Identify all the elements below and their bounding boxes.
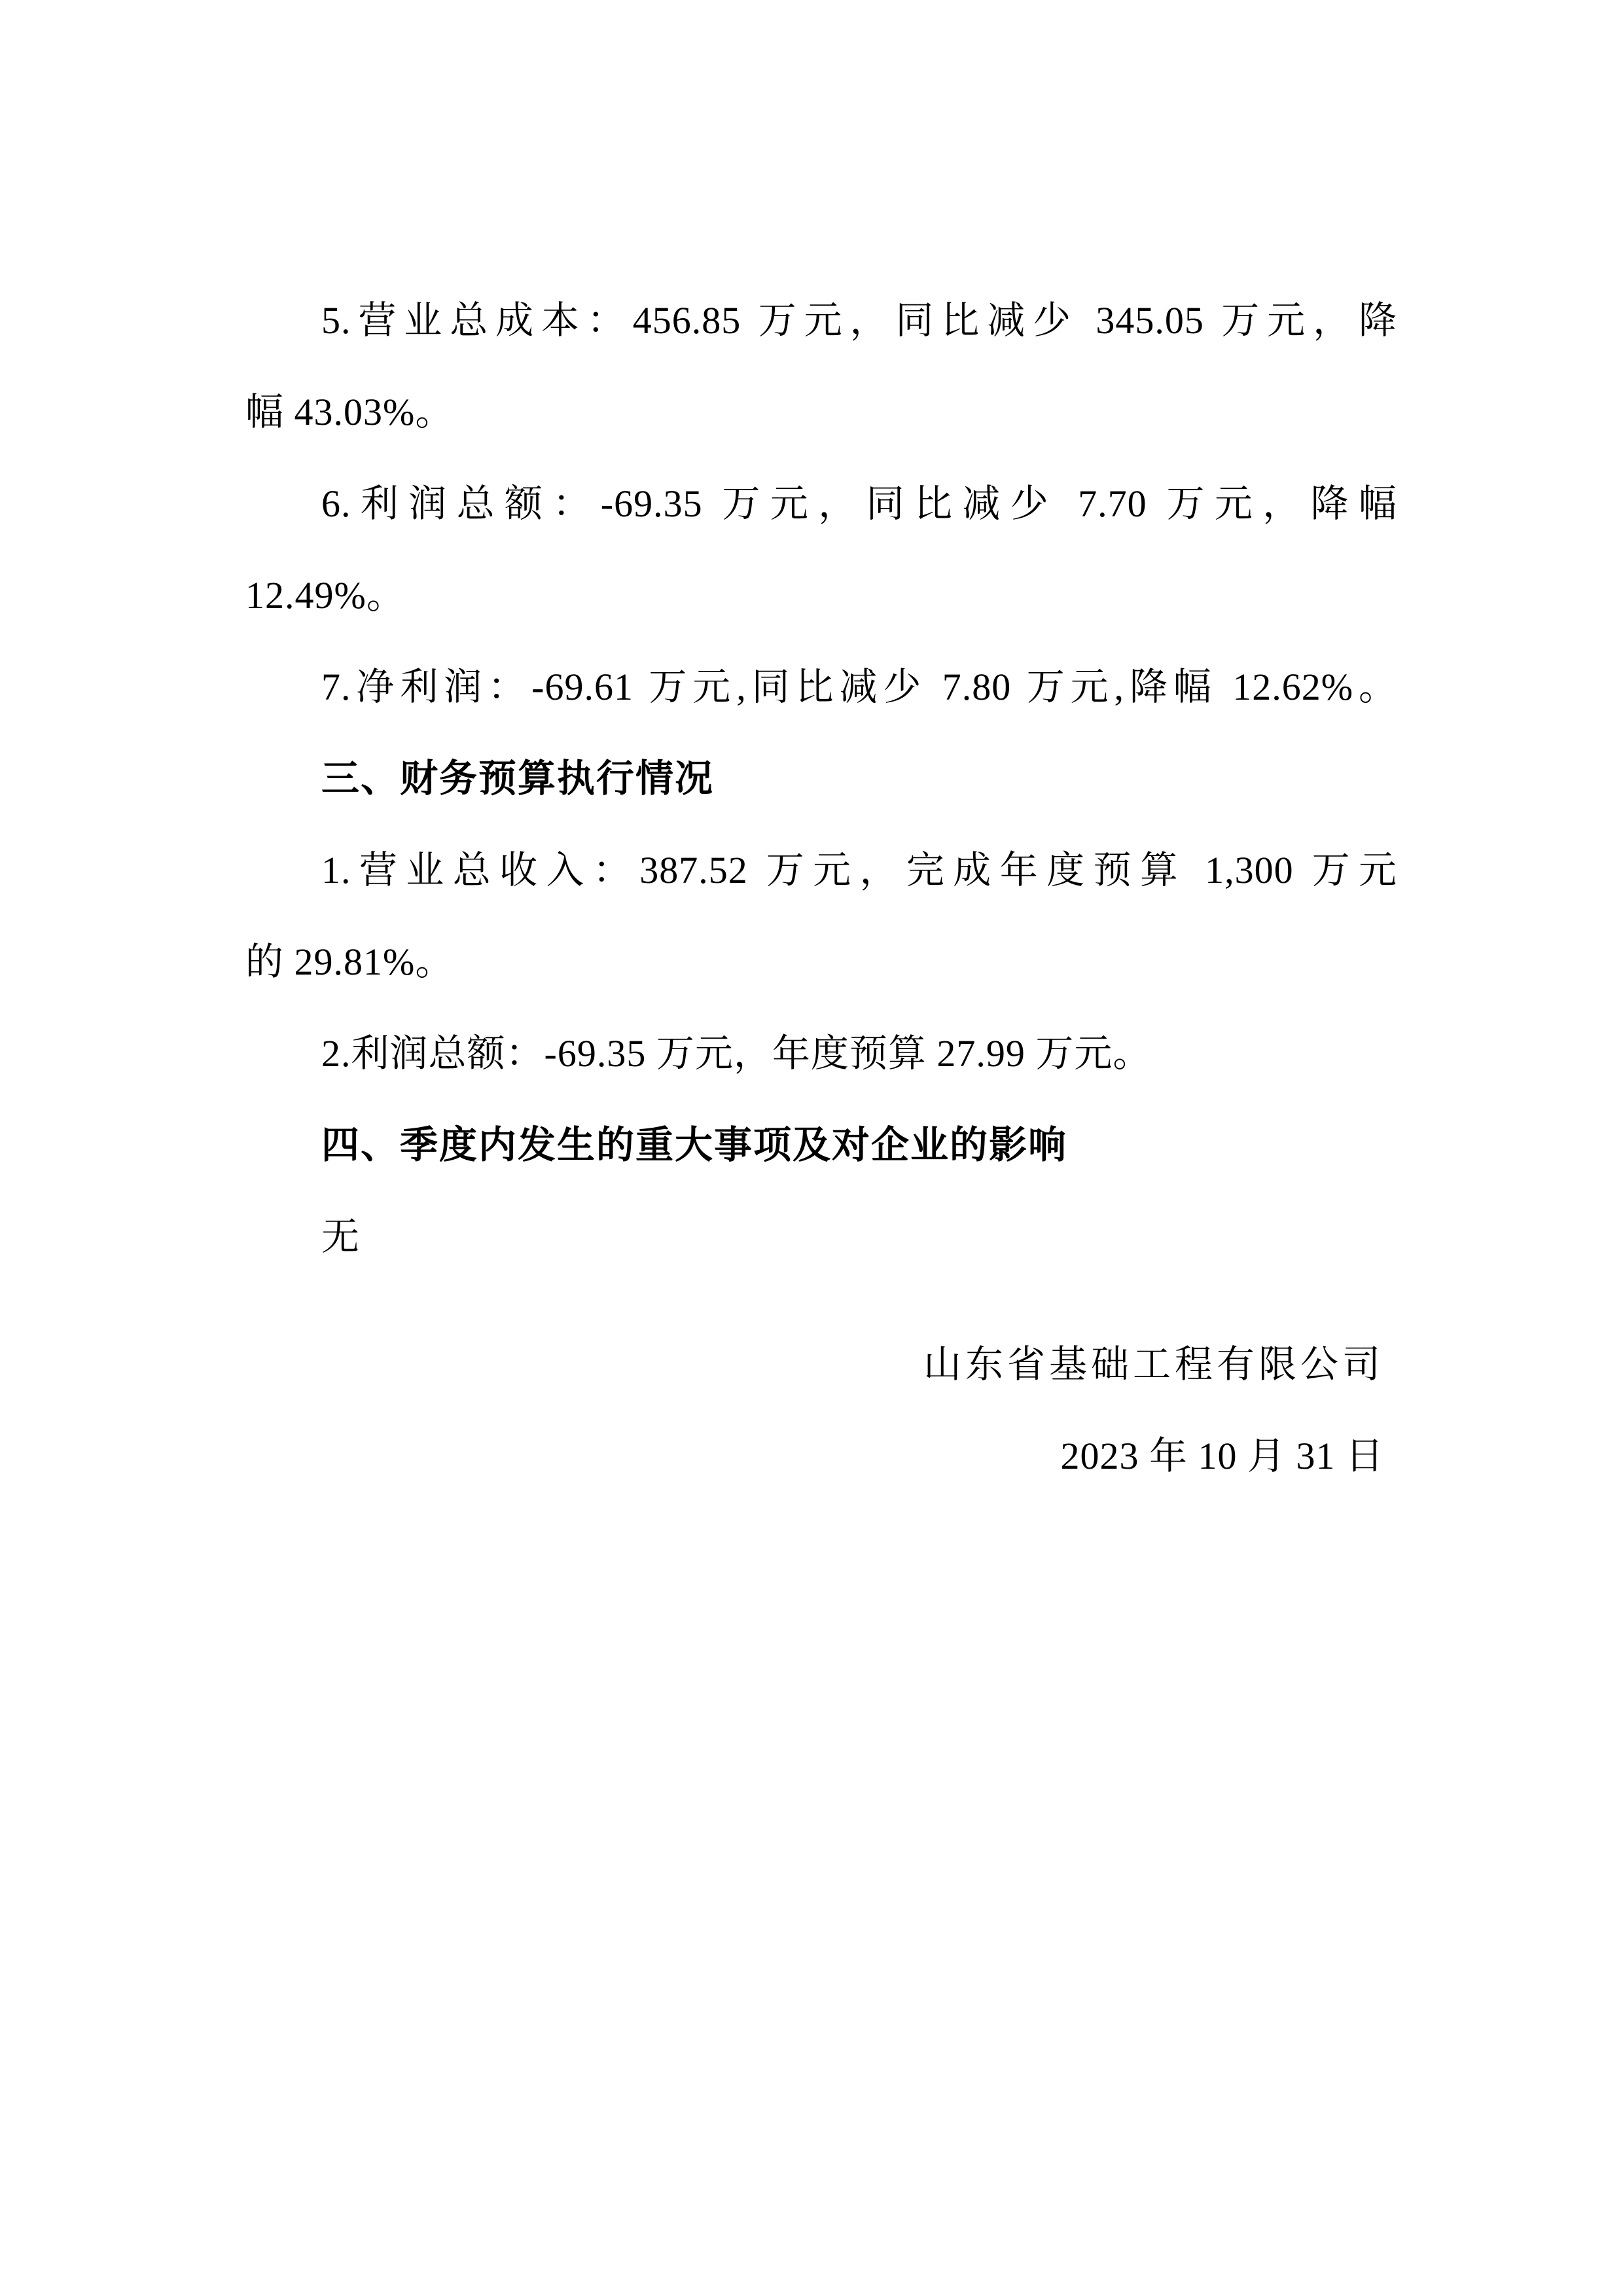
document-content: 5.营业总成本：456.85 万元，同比减少 345.05 万元，降幅 43.0… (0, 0, 1623, 1502)
page: 5.营业总成本：456.85 万元，同比减少 345.05 万元，降幅 43.0… (0, 0, 1623, 2296)
budget-item-1-line-1: 1.营业总收入：387.52 万元，完成年度预算 1,300 万元 (245, 825, 1397, 916)
budget-item-2: 2.利润总额：-69.35 万元，年度预算 27.99 万元。 (245, 1008, 1397, 1100)
item-7: 7.净利润：-69.61 万元,同比减少 7.80 万元,降幅 12.62%。 (245, 641, 1397, 733)
document-body: 5.营业总成本：456.85 万元，同比减少 345.05 万元，降幅 43.0… (245, 275, 1397, 1283)
item-6-line-1: 6.利润总额：-69.35 万元，同比减少 7.70 万元，降幅 (245, 458, 1397, 550)
signature-company: 山东省基础工程有限公司 (245, 1319, 1384, 1410)
section-4-heading: 四、季度内发生的重大事项及对企业的影响 (245, 1100, 1397, 1191)
signature-date: 2023 年 10 月 31 日 (245, 1410, 1384, 1502)
section-3-heading: 三、财务预算执行情况 (245, 733, 1397, 825)
signature-block: 山东省基础工程有限公司 2023 年 10 月 31 日 (245, 1319, 1397, 1502)
budget-item-1-line-2: 的 29.81%。 (245, 916, 1397, 1008)
major-events-none: 无 (245, 1191, 1397, 1283)
item-5-line-2: 幅 43.03%。 (245, 367, 1397, 458)
item-6-line-2: 12.49%。 (245, 550, 1397, 641)
item-5-line-1: 5.营业总成本：456.85 万元，同比减少 345.05 万元，降 (245, 275, 1397, 367)
